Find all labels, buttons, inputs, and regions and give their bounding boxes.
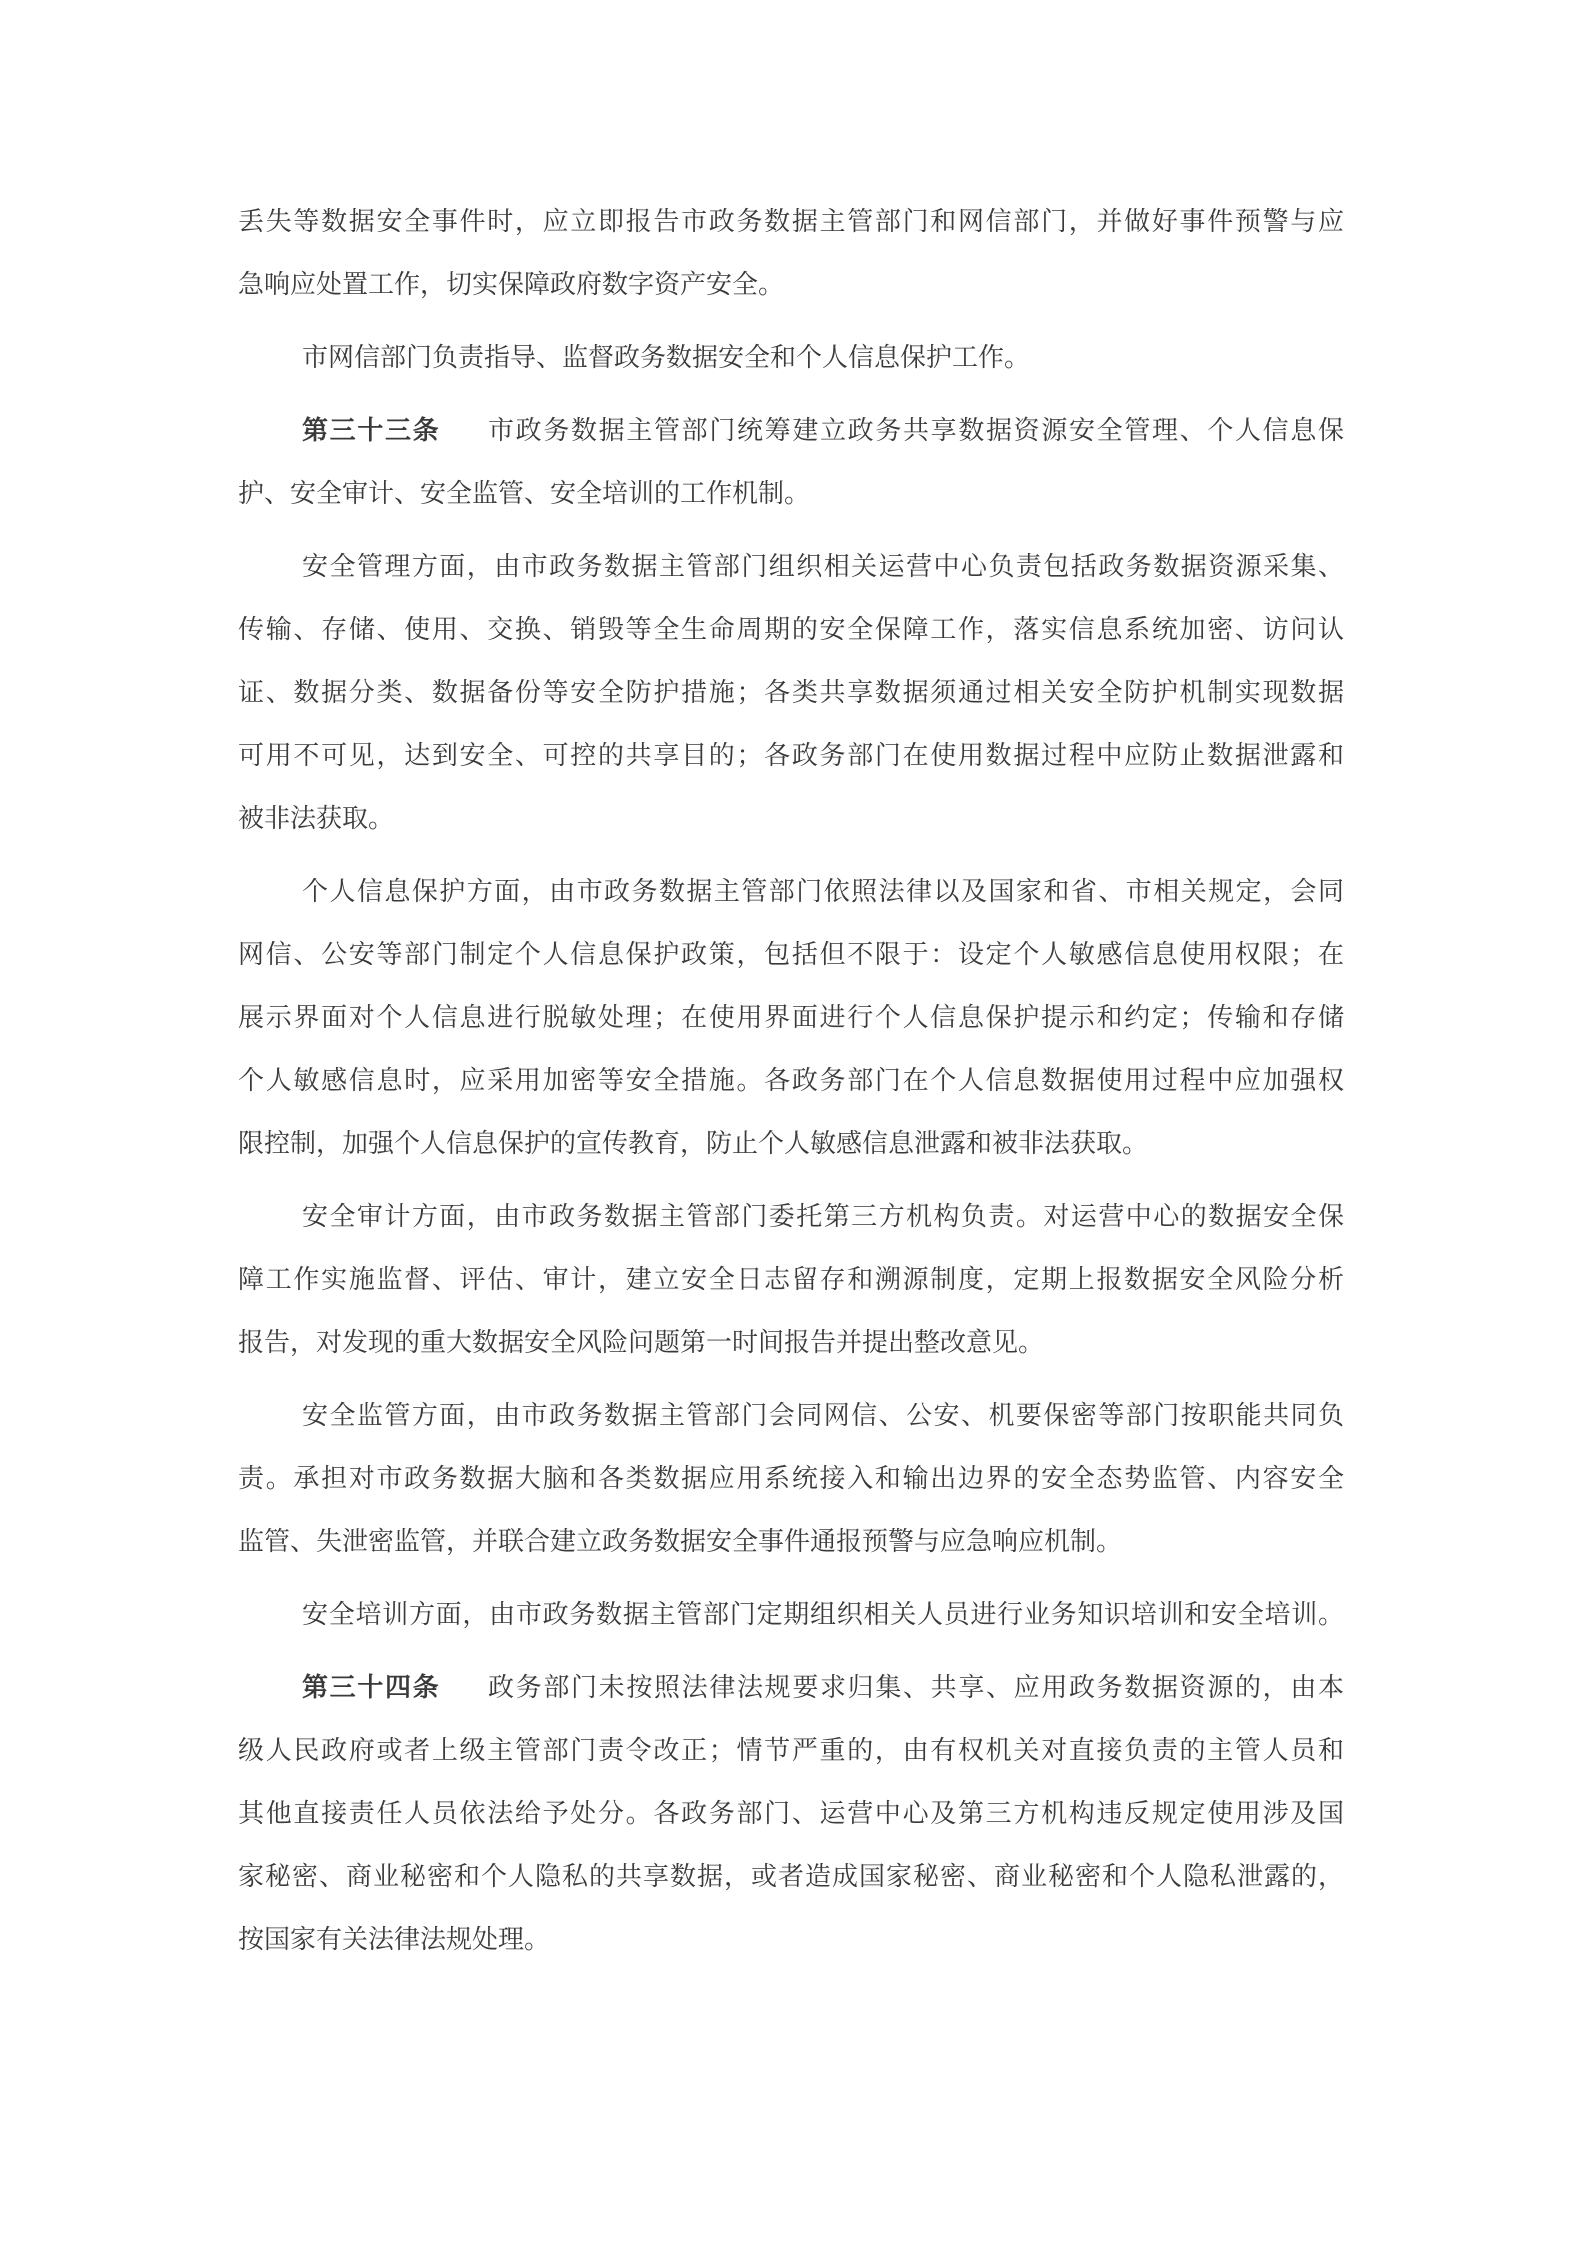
text-line: 被非法获取。 <box>238 787 1344 850</box>
text-line: 第三十四条政务部门未按照法律法规要求归集、共享、应用政务数据资源的，由本 <box>238 1656 1344 1719</box>
article-lead-text: 市政务数据主管部门统筹建立政务共享数据资源安全管理、个人信息保 <box>486 416 1344 445</box>
paragraph: 安全培训方面，由市政务数据主管部门定期组织相关人员进行业务知识培训和安全培训。 <box>238 1583 1344 1646</box>
text-line: 级人民政府或者上级主管部门责令改正；情节严重的，由有权机关对直接负责的主管人员和 <box>238 1719 1344 1782</box>
article-number: 第三十四条 <box>302 1672 440 1702</box>
paragraph: 安全监管方面，由市政务数据主管部门会同网信、公安、机要保密等部门按职能共同负责。… <box>238 1384 1344 1573</box>
text-line: 个人信息保护方面，由市政务数据主管部门依照法律以及国家和省、市相关规定，会同 <box>238 860 1344 923</box>
text-line: 证、数据分类、数据备份等安全防护措施；各类共享数据须通过相关安全防护机制实现数据 <box>238 661 1344 724</box>
paragraph: 市网信部门负责指导、监督政务数据安全和个人信息保护工作。 <box>238 326 1344 389</box>
paragraph: 安全审计方面，由市政务数据主管部门委托第三方机构负责。对运营中心的数据安全保障工… <box>238 1185 1344 1374</box>
text-line: 责。承担对市政务数据大脑和各类数据应用系统接入和输出边界的安全态势监管、内容安全 <box>238 1447 1344 1510</box>
text-line: 报告，对发现的重大数据安全风险问题第一时间报告并提出整改意见。 <box>238 1311 1344 1374</box>
paragraph: 个人信息保护方面，由市政务数据主管部门依照法律以及国家和省、市相关规定，会同网信… <box>238 860 1344 1175</box>
article-number: 第三十三条 <box>302 415 440 445</box>
text-line: 市网信部门负责指导、监督政务数据安全和个人信息保护工作。 <box>238 326 1344 389</box>
text-line: 监管、失泄密监管，并联合建立政务数据安全事件通报预警与应急响应机制。 <box>238 1510 1344 1573</box>
text-line: 其他直接责任人员依法给予处分。各政务部门、运营中心及第三方机构违反规定使用涉及国 <box>238 1782 1344 1845</box>
text-line: 护、安全审计、安全监管、安全培训的工作机制。 <box>238 462 1344 525</box>
paragraph: 第三十四条政务部门未按照法律法规要求归集、共享、应用政务数据资源的，由本级人民政… <box>238 1656 1344 1971</box>
text-line: 按国家有关法律法规处理。 <box>238 1908 1344 1971</box>
document-page: 丢失等数据安全事件时，应立即报告市政务数据主管部门和网信部门，并做好事件预警与应… <box>0 0 1586 2244</box>
text-line: 展示界面对个人信息进行脱敏处理；在使用界面进行个人信息保护提示和约定；传输和存储 <box>238 986 1344 1049</box>
text-line: 网信、公安等部门制定个人信息保护政策，包括但不限于：设定个人敏感信息使用权限；在 <box>238 923 1344 986</box>
text-line: 障工作实施监督、评估、审计，建立安全日志留存和溯源制度，定期上报数据安全风险分析 <box>238 1248 1344 1311</box>
text-line: 急响应处置工作，切实保障政府数字资产安全。 <box>238 253 1344 316</box>
text-line: 可用不可见，达到安全、可控的共享目的；各政务部门在使用数据过程中应防止数据泄露和 <box>238 724 1344 787</box>
text-line: 传输、存储、使用、交换、销毁等全生命周期的安全保障工作，落实信息系统加密、访问认 <box>238 598 1344 661</box>
article-number-gap <box>440 438 486 439</box>
paragraph: 安全管理方面，由市政务数据主管部门组织相关运营中心负责包括政务数据资源采集、传输… <box>238 535 1344 850</box>
article-lead-text: 政务部门未按照法律法规要求归集、共享、应用政务数据资源的，由本 <box>486 1673 1344 1702</box>
text-line: 安全管理方面，由市政务数据主管部门组织相关运营中心负责包括政务数据资源采集、 <box>238 535 1344 598</box>
article-number-gap <box>440 1695 486 1696</box>
text-line: 安全培训方面，由市政务数据主管部门定期组织相关人员进行业务知识培训和安全培训。 <box>238 1583 1344 1646</box>
paragraph: 丢失等数据安全事件时，应立即报告市政务数据主管部门和网信部门，并做好事件预警与应… <box>238 190 1344 316</box>
paragraph: 第三十三条市政务数据主管部门统筹建立政务共享数据资源安全管理、个人信息保护、安全… <box>238 399 1344 525</box>
text-line: 家秘密、商业秘密和个人隐私的共享数据，或者造成国家秘密、商业秘密和个人隐私泄露的… <box>238 1845 1344 1908</box>
text-line: 第三十三条市政务数据主管部门统筹建立政务共享数据资源安全管理、个人信息保 <box>238 399 1344 462</box>
text-line: 限控制，加强个人信息保护的宣传教育，防止个人敏感信息泄露和被非法获取。 <box>238 1112 1344 1175</box>
text-line: 丢失等数据安全事件时，应立即报告市政务数据主管部门和网信部门，并做好事件预警与应 <box>238 190 1344 253</box>
text-line: 安全审计方面，由市政务数据主管部门委托第三方机构负责。对运营中心的数据安全保 <box>238 1185 1344 1248</box>
text-line: 个人敏感信息时，应采用加密等安全措施。各政务部门在个人信息数据使用过程中应加强权 <box>238 1049 1344 1112</box>
document-body: 丢失等数据安全事件时，应立即报告市政务数据主管部门和网信部门，并做好事件预警与应… <box>238 0 1344 1971</box>
text-line: 安全监管方面，由市政务数据主管部门会同网信、公安、机要保密等部门按职能共同负 <box>238 1384 1344 1447</box>
